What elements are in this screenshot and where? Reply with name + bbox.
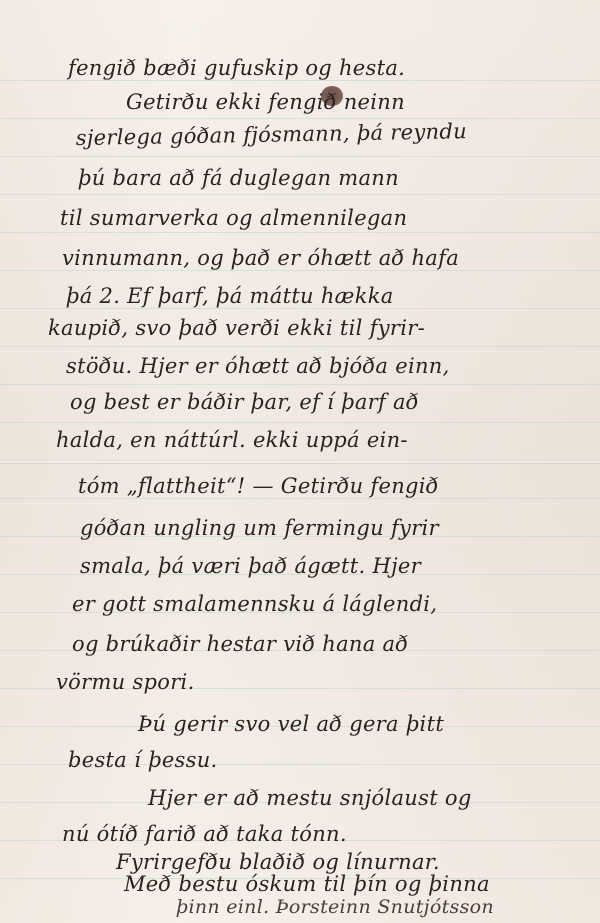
letter-line: fengið bæði gufuskip og hesta. <box>68 56 405 80</box>
ruled-line <box>0 308 600 309</box>
letter-line: og brúkaðir hestar við hana að <box>72 632 408 656</box>
ruled-line <box>0 80 600 81</box>
letter-line: sjerlega góðan fjósmann, þá reyndu <box>76 119 468 150</box>
signature-line: þinn einl. Þorsteinn Snutjótsson <box>176 896 494 918</box>
ruled-line <box>0 270 600 271</box>
letter-line: þú bara að fá duglegan mann <box>78 166 399 190</box>
letter-line: Hjer er að mestu snjólaust og <box>148 786 472 810</box>
ruled-line <box>0 194 600 195</box>
letter-line: vörmu spori. <box>56 670 195 694</box>
letter-line: þá 2. Ef þarf, þá máttu hækka <box>66 284 394 308</box>
horizontal-fold-crease <box>0 460 600 464</box>
ruled-line <box>0 498 600 499</box>
letter-line: halda, en náttúrl. ekki uppá ein- <box>56 428 408 452</box>
letter-page: fengið bæði gufuskip og hesta. Getirðu e… <box>0 0 600 923</box>
letter-line: Með bestu óskum til þín og þinna <box>124 872 490 896</box>
letter-line: nú ótíð farið að taka tónn. <box>62 822 347 846</box>
ruled-line <box>0 156 600 157</box>
ruled-line <box>0 346 600 347</box>
letter-line: smala, þá væri það ágætt. Hjer <box>80 554 421 578</box>
letter-line: stöðu. Hjer er óhætt að bjóða einn, <box>66 354 450 378</box>
ruled-line <box>0 422 600 423</box>
letter-line: Þú gerir svo vel að gera þitt <box>138 712 444 736</box>
letter-line: góðan ungling um fermingu fyrir <box>80 516 439 540</box>
letter-line: og best er báðir þar, ef í þarf að <box>70 390 419 414</box>
letter-line: Fyrirgefðu blaðið og línurnar. <box>116 850 440 874</box>
ruled-line <box>0 118 600 119</box>
ruled-line <box>0 232 600 233</box>
letter-line: tóm „flattheit“! — Getirðu fengið <box>78 474 439 498</box>
letter-line: besta í þessu. <box>68 748 218 772</box>
letter-line: kaupið, svo það verði ekki til fyrir- <box>48 316 425 340</box>
letter-line: er gott smalamennsku á láglendi, <box>72 592 437 616</box>
ruled-line <box>0 384 600 385</box>
letter-line: til sumarverka og almennilegan <box>60 206 407 230</box>
letter-line: Getirðu ekki fengið neinn <box>126 90 405 114</box>
letter-line: vinnumann, og það er óhætt að hafa <box>62 246 459 270</box>
